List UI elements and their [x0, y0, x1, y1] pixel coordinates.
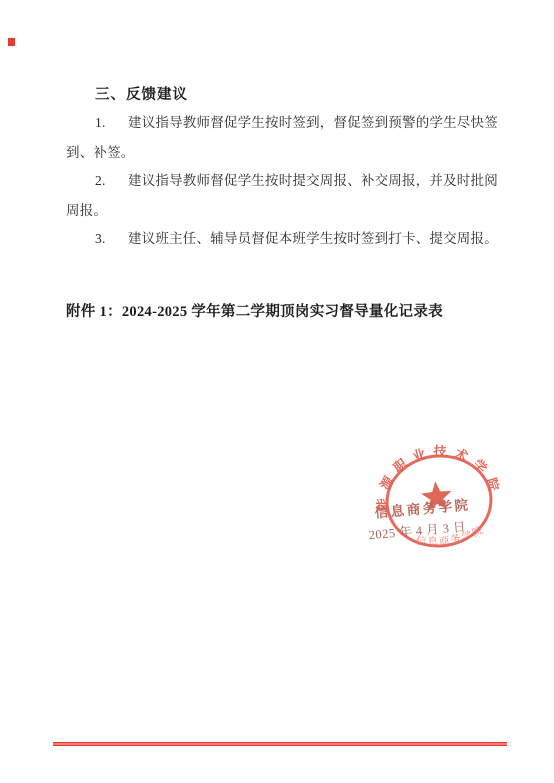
attachment-line: 附件 1：2024-2025 学年第二学期顶岗实习督导量化记录表 — [66, 303, 443, 321]
list-item-1-number: 1. — [95, 114, 128, 132]
list-item-2-number: 2. — [95, 172, 128, 190]
list-item-1-line-2: 到、补签。 — [66, 144, 135, 162]
list-item-3-number: 3. — [95, 230, 128, 248]
footer-red-line — [53, 742, 507, 746]
list-item-1-text: 建议指导教师督促学生按时签到，督促签到预警的学生尽快签 — [128, 115, 498, 130]
list-item-2-line-2: 周报。 — [66, 202, 107, 220]
list-item-1-line-1: 1.建议指导教师督促学生按时签到，督促签到预警的学生尽快签 — [95, 114, 498, 132]
official-seal-stamp: 能源职业技术学院 信息商务学院 信息商务学院 2025 年 4 月 3 日 — [354, 416, 524, 586]
list-item-2-line-1: 2.建议指导教师督促学生按时提交周报、补交周报，并及时批阅 — [95, 172, 498, 190]
red-corner-mark — [8, 38, 15, 46]
list-item-2-text: 建议指导教师督促学生按时提交周报、补交周报，并及时批阅 — [128, 173, 498, 188]
list-item-3-line-1: 3.建议班主任、辅导员督促本班学生按时签到打卡、提交周报。 — [95, 230, 498, 248]
list-item-3-text: 建议班主任、辅导员督促本班学生按时签到打卡、提交周报。 — [128, 231, 498, 246]
document-page: 三、反馈建议 1.建议指导教师督促学生按时签到，督促签到预警的学生尽快签 到、补… — [0, 0, 554, 783]
section-heading: 三、反馈建议 — [95, 86, 188, 104]
